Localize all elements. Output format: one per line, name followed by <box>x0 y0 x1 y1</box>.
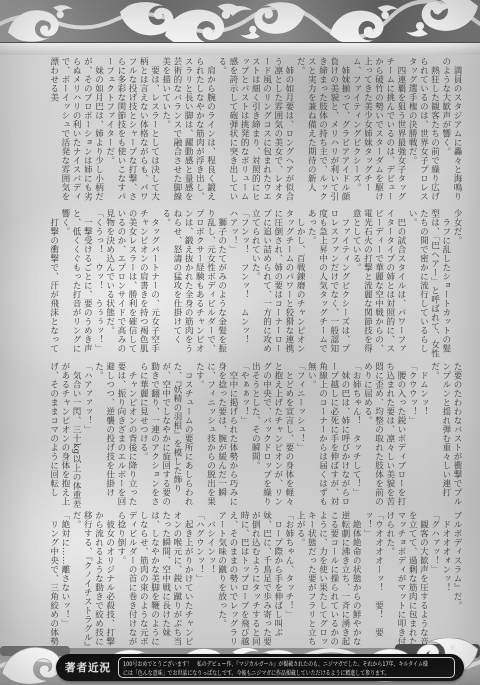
text-column-paragraph: 「グハァッ！」 <box>428 511 439 652</box>
text-column-paragraph: 絶体絶命の状態からの鮮やかな逆転劇に沸き立ち、一斉に湧き起こる要コールに操られて… <box>294 511 361 652</box>
text-column-paragraph: 「フィニーッシュ！」 <box>294 362 305 509</box>
text-column-paragraph: 「ハアァァッ！」 <box>81 362 92 509</box>
text-column-paragraph: 打撃の衝撃で、汗が飛沫となって飛び散り、コスチュームを張り詰めさせ <box>50 209 59 359</box>
text-column-paragraph: 要は、レスラーとしては決して大柄とは言えない体格ながらも、パワフルな投げ技とシャ… <box>104 57 160 205</box>
tribal-ornament-top-icon <box>0 0 480 42</box>
text-column-paragraph: 満員のスタジアムに轟々と海鳴りのような大歓声が響く。 <box>440 57 462 205</box>
author-status-label: 著者近況 <box>65 660 111 675</box>
text-column-paragraph: 熱狂した観客たちの前で繰り広げられているのは、世界女子プロレスタッグ選手権の決勝… <box>406 57 440 205</box>
text-column-paragraph: 「フンッ！ フンッ！ ムンッ！ ハアッ！」 <box>227 209 249 359</box>
text-column-paragraph: ロープ際から手を伸ばし叫ぶ妹、巴に、千鳥足で歩み寄った要が倒れ込むようにタッチす… <box>216 511 283 652</box>
text-column-paragraph: ブルボディスラム』だ。 <box>451 511 462 652</box>
text-column-paragraph: 気合い一閃、三十kg以上の体重差があるチャンピオンの身体を抱え上げ、そのままコマ… <box>50 362 81 509</box>
text-column-paragraph: ラフに乱したショートカットの髪型は、「巴ヘアー」と呼ばれて、女性たちの間で密かに… <box>406 209 451 359</box>
text-column-paragraph: 妹の如月巴は、姉より少し小柄だが、そのプロポーションは姉にも劣らぬメリハリの利い… <box>50 57 104 205</box>
text-column-paragraph: 姉の如月要は、ロングヘアが似合う凛とした雰囲気の美女で、レオタード風のリングコス… <box>216 57 294 205</box>
text-column-paragraph: バシインッ！ <box>204 511 215 652</box>
author-comment-line-2: には「色んな意味」でお世話になりっぱなしです。今後もニジマガに作品掲載していただ… <box>123 669 385 678</box>
author-comment-line-1: 100号おめでとうございます！ 私のデビュー作、『マジカルガール』が掲載されたの… <box>123 660 385 669</box>
text-column-paragraph: 「ハグウンッ！」 <box>193 511 204 652</box>
text-column-paragraph: 「お姉ちゃん！ タッチして！」 <box>350 362 361 509</box>
text-column-paragraph: 少女だ。 <box>451 209 462 359</box>
text-column-paragraph: とどめを宣言し、要の身体を軽々と抱え上げたチャンピオンが、リングの中央で、バック… <box>249 362 294 509</box>
text-column-paragraph: コスチュームの要所にあしらわれた、『妖精の羽根』を模した飾りが、空中でしなやかに… <box>137 362 193 509</box>
text-column-paragraph: チャンピオンの背後に降り立った要は、振り向きざまのエルボーを回避しつつ、逆襲の投… <box>92 362 137 509</box>
text-column-paragraph: ドオオオォンッ！ <box>440 511 451 652</box>
text-column-paragraph: 獅子のたてがみのような金髪を振り乱し、元女性ボディビルダーで、プロボクサー経験も… <box>160 209 227 359</box>
text-column-paragraph: タッグパートナーの、元女子空手チャンピオンの肩書きを持つ褐色肌の美女レスラーは、… <box>104 209 160 359</box>
text-column-paragraph: 「お姉ちゃん、タッチ！」 <box>283 511 294 652</box>
text-band-3: た要のたわわなバストが衝撃でプルンプルンと揺れ弾む重々しい連打だ。 ドムンッ！「… <box>50 362 462 509</box>
text-column-paragraph: 「絶対に……離さないッ！」 <box>59 511 70 652</box>
page-number: 6 <box>451 644 455 652</box>
text-column-paragraph: 妹の巴は、姉に呼びかけながらロープ越しに必死に手を伸ばすが、対角線上のコーナーか… <box>305 362 350 509</box>
author-comment-box: 100号おめでとうございます！ 私のデビュー作、『マジカルガール』が掲載されたの… <box>118 657 455 678</box>
text-column-paragraph: 一撃受けるごとに、要のうめき声と、低くくぐもった打音がリングに響く。 <box>59 209 93 359</box>
text-column-paragraph: 姉妹揃って、グラビアアイドル顔負けの美貌と、メリハリが利いて引き締まった肢体の持… <box>294 57 350 205</box>
text-column-paragraph: 空中に掲げられた体勢から巧みに身を捻った要は、腕が緩んだ一瞬に、フィニッシュ技か… <box>193 362 238 509</box>
silver-divider-strip <box>0 42 480 55</box>
text-column-paragraph: 四連覇を狙う世界最強女子タッグチームに挑んでいるのは、デビューから破竹の勢いでス… <box>350 57 406 205</box>
text-column-paragraph: 巴の試合スタイルは、パワーファイタータイプの姉とは対照的に、スピーディーで華麗な… <box>350 209 406 359</box>
text-column-paragraph: 彼女のオリジナル必殺技、打撃から流れるような動きで絞め技に移行する、『クノイチス… <box>70 511 115 652</box>
text-column-paragraph: しかし、百戦錬磨のチャンピオンタッグチームのパワーと狡猾な連携に圧倒され、姉の要… <box>249 209 305 359</box>
text-band-2: 少女だ。 ラフに乱したショートカットの髪型は、「巴ヘアー」と呼ばれて、女性たちの… <box>50 209 462 359</box>
text-column-paragraph: 「やぁぁッ！」 <box>238 362 249 509</box>
text-band-1: 満員のスタジアムに轟々と海鳴りのような大歓声が響く。 熱狂した観客たちの前で繰り… <box>50 57 462 205</box>
text-column-paragraph: ドムンッ！ <box>417 362 428 509</box>
text-column-paragraph: リング中央で、三角絞めの体勢に入った巴は、太腿の筋肉に思い切り力を込めた。 <box>50 511 59 652</box>
top-ornament-border <box>0 0 480 42</box>
text-column-paragraph: ファイティングピクシーズは、プロレスファンだけでなく、一般認知度も急上昇中の人気… <box>305 209 350 359</box>
text-column-paragraph: 起き上がりかけていたチャンピオンの喉元に、鋭い蹴りがぶち当たった瞬間、空中戦に長… <box>115 511 193 652</box>
text-column-paragraph: 観客の大歓声を圧するような音を立てて、過剰な筋肉に包まれたマッチョボディがマット… <box>384 511 429 652</box>
text-column-paragraph: 「ウオオオオーッ！ 要！ 要ッ！」 <box>361 511 383 652</box>
text-column-paragraph: 「くうっ！ ウッ！ うぅぅッ！」 <box>92 209 103 359</box>
author-status-bar: 著者近況 100号おめでとうございます！ 私のデビュー作、『マジカルガール』が掲… <box>56 654 464 681</box>
text-column-paragraph: 腰の入った鋭いボディブローを打ち込まれた要は、凛々しい美貌を苦悶に歪め、均整の取… <box>361 362 406 509</box>
text-column-paragraph: 「クウウッ！」 <box>406 362 417 509</box>
text-column-paragraph: た要のたわわなバストが衝撃でプルンプルンと揺れ弾む重々しい連打だ。 <box>428 362 462 509</box>
text-band-4: ブルボディスラム』だ。 ドオオオォンッ！「グハァッ！」 観客の大歓声を圧するよう… <box>50 511 462 652</box>
text-column-paragraph: 肩から腕のラインは、程良く鍛えられたしなやかな筋肉が浮き出し、スラリと長い脚は、… <box>160 57 216 205</box>
